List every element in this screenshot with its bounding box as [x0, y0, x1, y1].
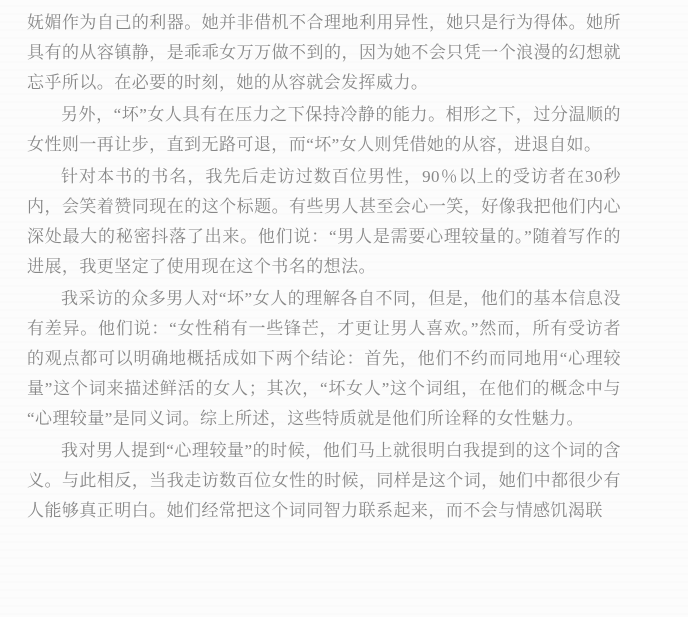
- book-page: 妩媚作为自己的利器。她并非借机不合理地利用异性，她只是行为得体。她所具有的从容镇…: [0, 0, 688, 617]
- paragraph: 另外，“坏”女人具有在压力之下保持冷静的能力。相形之下，过分温顺的女性则一再让步…: [27, 100, 621, 160]
- paragraph-continuation: 妩媚作为自己的利器。她并非借机不合理地利用异性，她只是行为得体。她所具有的从容镇…: [27, 8, 621, 98]
- paragraph-truncated: 我对男人提到“心理较量”的时候，他们马上就很明白我提到的这个词的含义。与此相反，…: [27, 436, 621, 526]
- paragraph: 我采访的众多男人对“坏”女人的理解各自不同，但是，他们的基本信息没有差异。他们说…: [27, 284, 621, 434]
- paragraph: 针对本书的书名，我先后走访过数百位男性，90％以上的受访者在30秒内，会笑着赞同…: [27, 162, 621, 282]
